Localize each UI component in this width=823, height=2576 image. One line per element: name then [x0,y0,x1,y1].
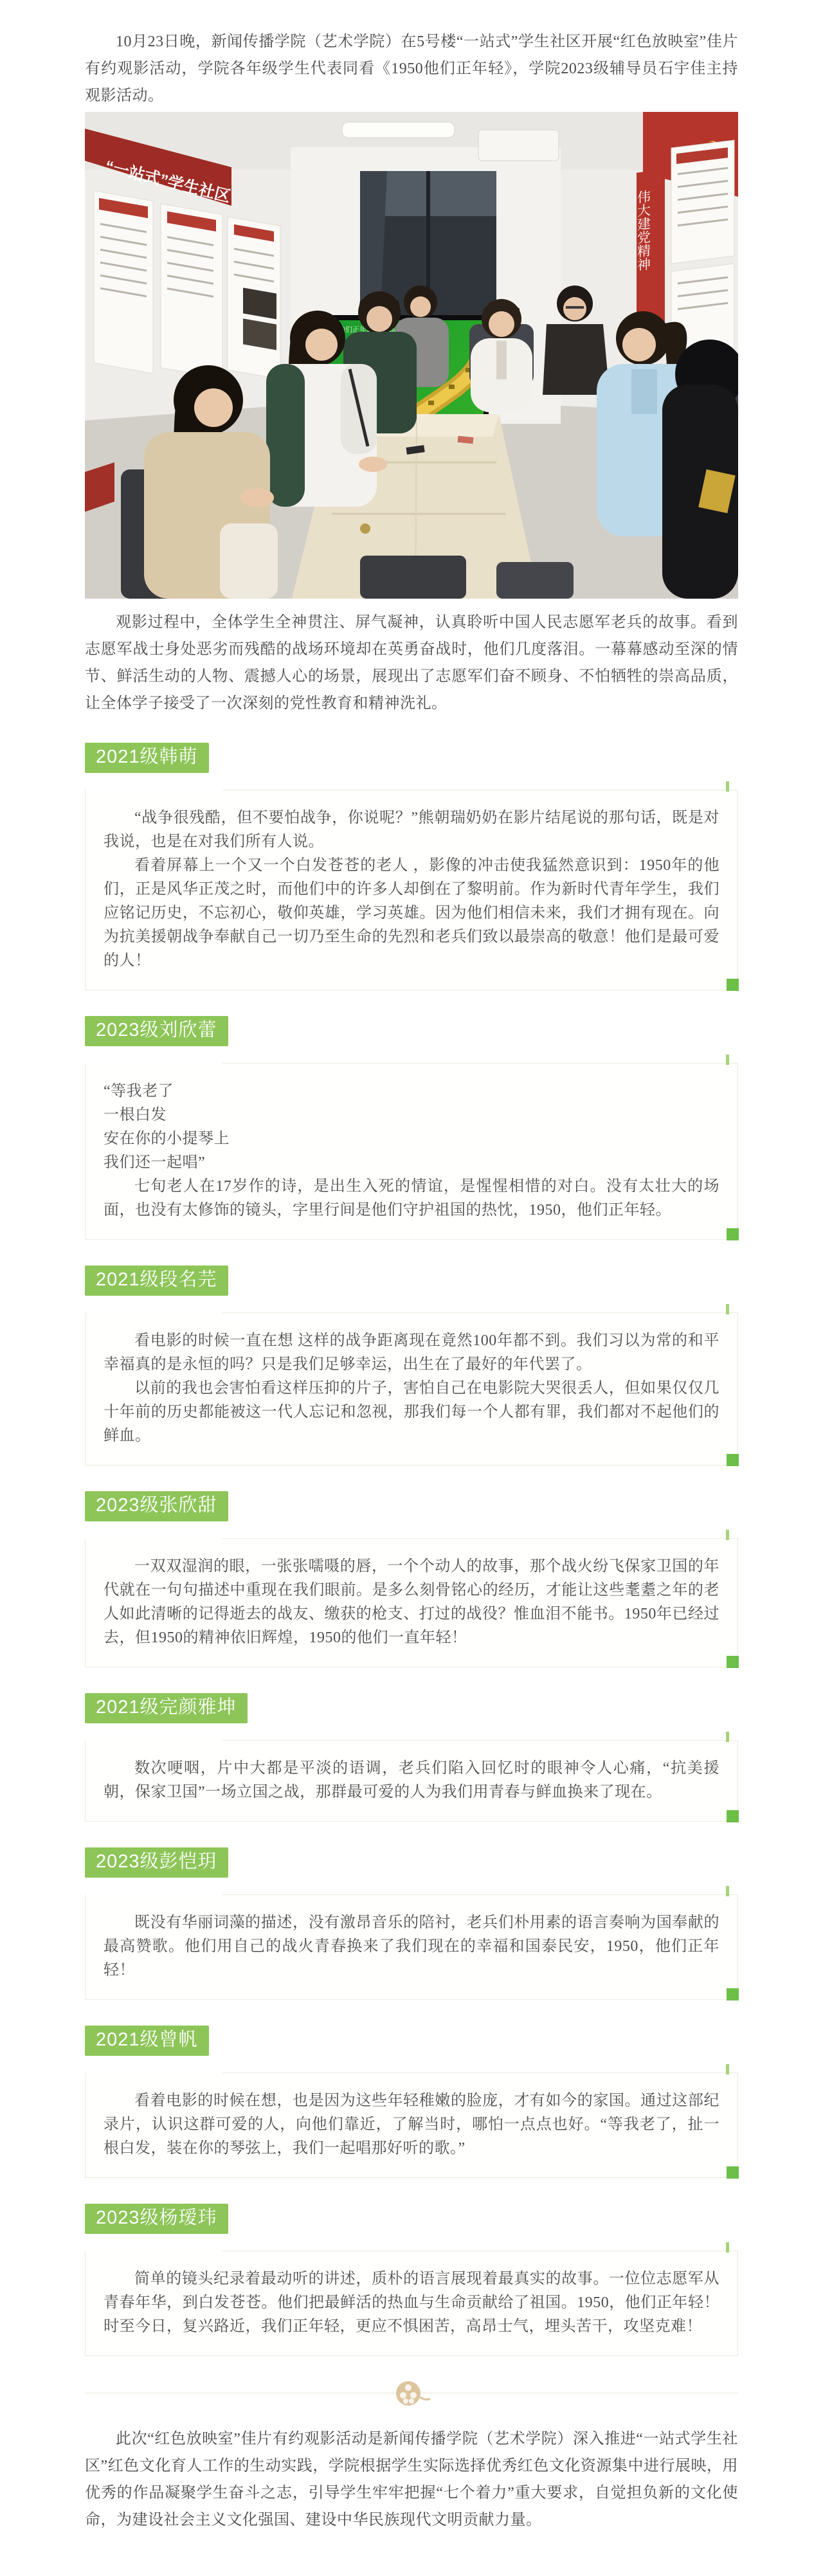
section-divider [85,2378,738,2409]
comment-quote-box: 一双双湿润的眼，一张张嚅嗫的唇，一个个动人的故事，那个战火纷飞保家卫国的年代就在… [85,1538,738,1667]
comment-paragraph: 既没有华丽词藻的描述，没有激昂音乐的陪衬，老兵们朴用素的语言奏响为国奉献的最高赞… [104,1911,719,1982]
closing-paragraph: 此次“红色放映室”佳片有约观影活动是新闻传播学院（艺术学院）深入推进“一站式学生… [85,2426,738,2555]
corner-tick-decoration [726,1886,729,1896]
corner-square-decoration [727,1810,739,1822]
corner-tick-decoration [726,781,729,792]
intro-paragraph: 10月23日晚，新闻传播学院（艺术学院）在5号楼“一站式”学生社区开展“红色放映… [85,28,738,109]
after-photo-paragraph: 观影过程中，全体学生全神贯注、屏气凝神，认真聆听中国人民志愿军老兵的故事。看到志… [85,609,738,717]
comment-quote-box: 数次哽咽，片中大都是平淡的语调，老兵们陷入回忆时的眼神令人心痛，“抗美援朝，保家… [85,1740,738,1822]
commenter-tag: 2021级曾帆 [85,2026,209,2056]
poem-line: “等我老了 [104,1080,719,1103]
corner-tick-decoration [726,1732,729,1742]
lock-on-table [360,523,370,534]
commenter-tag: 2021级完颜雅坤 [85,1693,248,1723]
corner-square-decoration [727,1988,739,2000]
ceiling-light [342,122,455,138]
comment-paragraph: 以前的我也会害怕看这样压抑的片子，害怕自己在电影院大哭很丢人，但如果仅仅几十年前… [104,1377,719,1448]
corner-tick-decoration [726,1055,729,1065]
comment-quote-box: “战争很残酷，但不要怕战争，你说呢？”熊朝瑞奶奶在影片结尾说的那句话，既是对我说… [85,790,738,990]
photo-illustration: “一站式”学生社区 [85,112,738,599]
intro-text: 10月23日晚，新闻传播学院（艺术学院）在5号楼“一站式”学生社区开展“红色放映… [85,28,738,109]
right-poster-title: 伟大建党精神 [636,188,651,272]
comment-section-zengfan: 2021级曾帆 看着电影的时候在想，也是因为这些年轻稚嫩的脸庞，才有如今的家国。… [85,2026,738,2178]
comment-section-hanmeng: 2021级韩萌 “战争很残酷，但不要怕战争，你说呢？”熊朝瑞奶奶在影片结尾说的那… [85,743,738,990]
commenter-tag: 2021级段名芫 [85,1265,228,1296]
comment-section-pengkaiyue: 2023级彭恺玥 既没有华丽词藻的描述，没有激昂音乐的陪衬，老兵们朴用素的语言奏… [85,1847,738,2000]
comment-paragraph: 数次哽咽，片中大都是平淡的语调，老兵们陷入回忆时的眼神令人心痛，“抗美援朝，保家… [104,1757,719,1804]
poem-line: 我们还一起唱” [104,1151,719,1175]
commenter-tag: 2021级韩萌 [85,743,209,773]
commenter-tag: 2023级彭恺玥 [85,1847,228,1878]
commenter-tag: 2023级刘欣蕾 [85,1016,228,1046]
corner-square-decoration [727,1228,739,1240]
poem-line: 一根白发 [104,1103,719,1127]
corner-tick-decoration [726,2064,729,2074]
corner-tick-decoration [726,1530,729,1540]
comment-paragraph: 看电影的时候一直在想 这样的战争距离现在竟然100年都不到。我们习以为常的和平幸… [104,1329,719,1377]
comment-paragraph: 一双双湿润的眼，一张张嚅嗫的唇，一个个动人的故事，那个战火纷飞保家卫国的年代就在… [104,1555,719,1650]
article-body: 10月23日晚，新闻传播学院（艺术学院）在5号楼“一站式”学生社区开展“红色放映… [0,28,823,2555]
corner-tick-decoration [726,1304,729,1314]
comment-section-duanmingyuan: 2021级段名芫 看电影的时候一直在想 这样的战争距离现在竟然100年都不到。我… [85,1265,738,1465]
comment-quote-box: 既没有华丽词藻的描述，没有激昂音乐的陪衬，老兵们朴用素的语言奏响为国奉献的最高赞… [85,1894,738,2000]
comment-section-yangaiwei: 2023级杨瑷玮 简单的镜头纪录着最动听的讲述，质朴的语言展现着最真实的故事。一… [85,2204,738,2356]
corner-tick-decoration [726,2242,729,2253]
comment-paragraph: 简单的镜头纪录着最动听的讲述，质朴的语言展现着最真实的故事。一位位志愿军从青春年… [104,2267,719,2339]
commenter-tag: 2023级张欣甜 [85,1491,228,1521]
comment-quote-box: “等我老了 一根白发 安在你的小提琴上 我们还一起唱” 七旬老人在17岁作的诗，… [85,1063,738,1240]
corner-square-decoration [727,1454,739,1466]
after-photo-text: 观影过程中，全体学生全神贯注、屏气凝神，认真聆听中国人民志愿军老兵的故事。看到志… [85,609,738,717]
empty-chair [360,556,466,599]
comment-section-zhangxintian: 2023级张欣甜 一双双湿润的眼，一张张嚅嗫的唇，一个个动人的故事，那个战火纷飞… [85,1491,738,1667]
comment-paragraph: “战争很残酷，但不要怕战争，你说呢？”熊朝瑞奶奶在影片结尾说的那句话，既是对我说… [104,806,719,854]
event-photo[interactable]: “一站式”学生社区 [85,112,738,599]
empty-chair-2 [496,562,574,599]
corner-square-decoration [727,1656,739,1668]
poem-line: 安在你的小提琴上 [104,1127,719,1151]
commenter-tag: 2023级杨瑷玮 [85,2204,228,2234]
comment-paragraph: 看着屏幕上一个又一个白发苍苍的老人 ，影像的冲击使我猛然意识到：1950年的他们… [104,854,719,973]
corner-square-decoration [727,979,739,991]
comment-quote-box: 简单的镜头纪录着最动听的讲述，质朴的语言展现着最真实的故事。一位位志愿军从青春年… [85,2251,738,2356]
comment-quote-box: 看着电影的时候在想，也是因为这些年轻稚嫩的脸庞，才有如今的家国。通过这部纪录片，… [85,2073,738,2178]
comment-paragraph: 七旬老人在17岁作的诗，是出生入死的情谊，是惺惺相惜的对白。没有太壮大的场面，也… [104,1175,719,1222]
air-conditioner [478,130,559,161]
corner-square-decoration [727,2166,739,2179]
comment-section-liuxinlei: 2023级刘欣蕾 “等我老了 一根白发 安在你的小提琴上 我们还一起唱” 七旬老… [85,1016,738,1240]
comment-paragraph: 看着电影的时候在想，也是因为这些年轻稚嫩的脸庞，才有如今的家国。通过这部纪录片，… [104,2089,719,2161]
closing-text: 此次“红色放映室”佳片有约观影活动是新闻传播学院（艺术学院）深入推进“一站式学生… [85,2426,738,2534]
film-reel-icon [389,2378,434,2409]
comment-section-wanyanyakun: 2021级完颜雅坤 数次哽咽，片中大都是平淡的语调，老兵们陷入回忆时的眼神令人心… [85,1693,738,1822]
comment-quote-box: 看电影的时候一直在想 这样的战争距离现在竟然100年都不到。我们习以为常的和平幸… [85,1312,738,1465]
